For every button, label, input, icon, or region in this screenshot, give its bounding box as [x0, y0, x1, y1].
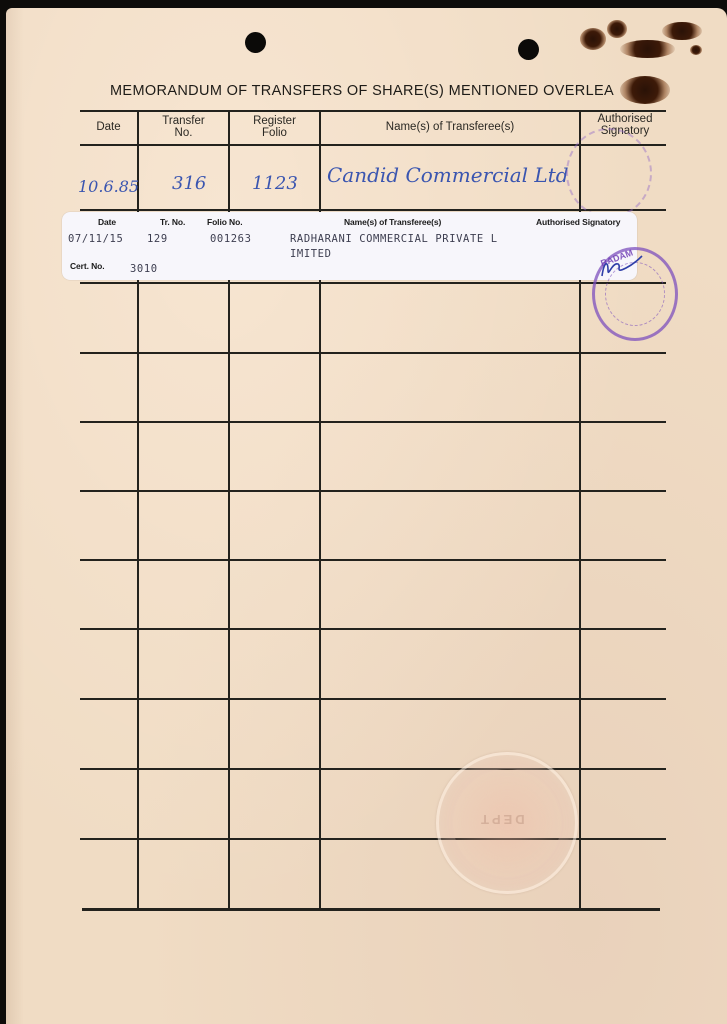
label-header-folio-no: Folio No.: [207, 217, 242, 227]
label-date-value: 07/11/15: [68, 233, 123, 245]
label-transferee-line2: IMITED: [290, 248, 332, 260]
signature-icon: [596, 252, 646, 282]
row-transfer-no: 316: [172, 173, 206, 194]
punch-hole-right: [518, 39, 539, 60]
header-no-text: No.: [139, 127, 228, 139]
label-header-transferee: Name(s) of Transferee(s): [344, 217, 441, 227]
transfer-label-sticker: Date Tr. No. Folio No. Name(s) of Transf…: [62, 212, 637, 280]
row-register-folio: 1123: [252, 173, 298, 194]
header-authorised-text: Authorised: [581, 113, 669, 125]
label-transferee-line1: RADHARANI COMMERCIAL PRIVATE L: [290, 233, 498, 245]
header-transfer-no: Transfer No.: [139, 115, 228, 139]
company-stamp-faint: [566, 128, 652, 218]
header-transfer-text: Transfer: [139, 115, 228, 127]
label-header-signatory: Authorised Signatory: [536, 217, 620, 227]
header-date-text: Date: [96, 121, 120, 133]
header-register-folio: Register Folio: [230, 115, 319, 139]
label-folio-no-value: 001263: [210, 233, 252, 245]
row-date: 10.6.85: [78, 177, 139, 196]
label-header-cert-no: Cert. No.: [70, 261, 105, 271]
table-bottom-border: [82, 908, 660, 911]
label-header-tr-no: Tr. No.: [160, 217, 185, 227]
header-transferee: Name(s) of Transferee(s): [321, 121, 579, 133]
label-tr-no-value: 129: [147, 233, 168, 245]
header-date: Date: [80, 121, 137, 133]
label-cert-no-value: 3010: [130, 263, 158, 275]
header-transferee-text: Name(s) of Transferee(s): [386, 121, 514, 133]
punch-hole-left: [245, 32, 266, 53]
row-transferee: Candid Commercial Ltd: [327, 163, 569, 187]
header-folio-text: Folio: [230, 127, 319, 139]
header-register-text: Register: [230, 115, 319, 127]
document-title: MEMORANDUM OF TRANSFERS OF SHARE(S) MENT…: [110, 83, 614, 99]
embossed-seal-text: DEPT: [478, 812, 525, 827]
label-header-date: Date: [98, 217, 116, 227]
